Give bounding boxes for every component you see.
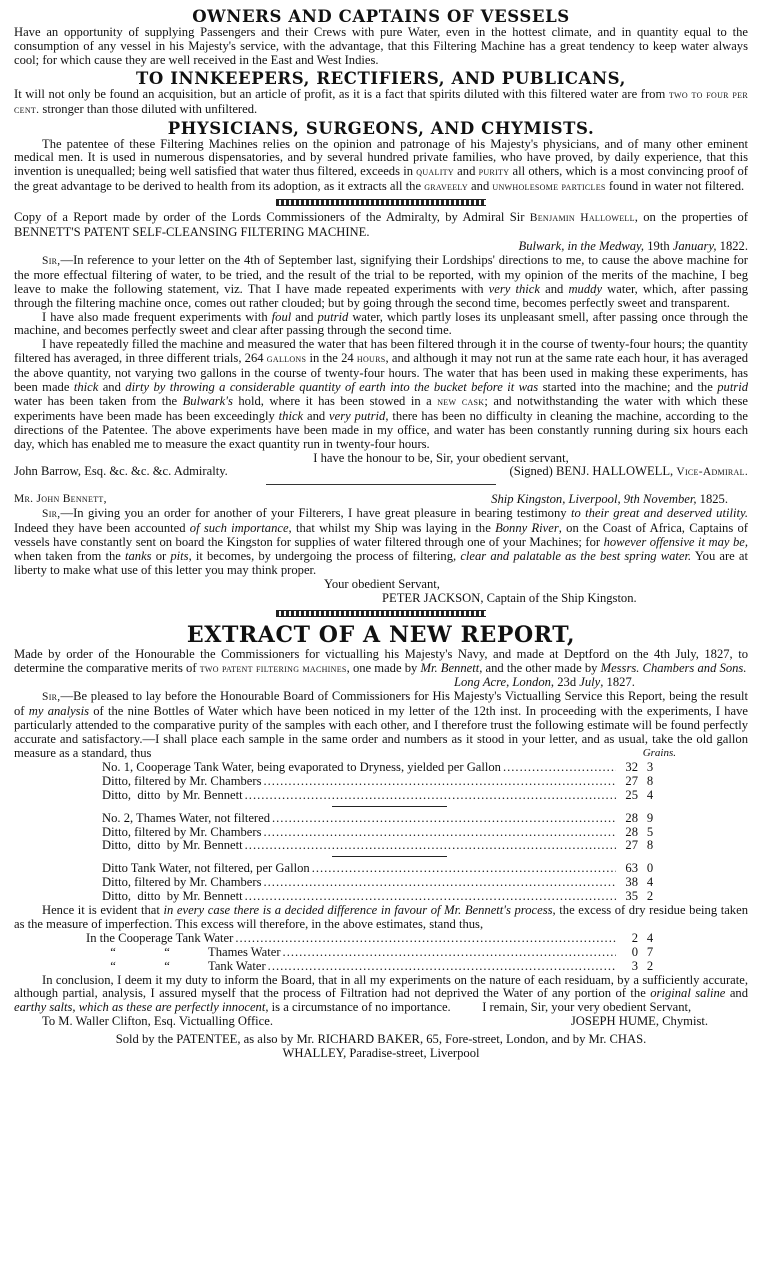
admiralty-signature-row: John Barrow, Esq. &c. &c. &c. Admiralty.…: [14, 465, 748, 480]
row-label: Ditto, ditto by Mr. Bennett: [102, 890, 243, 904]
row-label: Ditto Tank Water, not filtered, per Gall…: [102, 862, 310, 876]
text-italic: in every case there is a decided differe…: [164, 903, 556, 917]
kingston-closing: Your obedient Servant,: [14, 578, 748, 592]
text-italic: my analysis: [29, 704, 89, 718]
text-smallcaps: gallons: [267, 353, 306, 365]
tenths-value: 4: [638, 876, 662, 890]
group-divider: [332, 806, 447, 809]
admiralty-closing: I have the honour to be, Sir, your obedi…: [14, 452, 748, 466]
text: when taken from the: [14, 549, 125, 563]
text-italic: thick: [74, 380, 98, 394]
admiralty-paragraph-1: Sir,—In reference to your letter on the …: [14, 254, 748, 311]
row-label: Ditto, ditto by Mr. Bennett: [102, 839, 243, 853]
table-row: Ditto, ditto by Mr. Bennett254: [102, 789, 662, 803]
table-row: No. 2, Thames Water, not filtered289: [102, 812, 662, 826]
text-smallcaps: quality: [416, 166, 454, 178]
kingston-dateline: Ship Kingston, Liverpool, 9th November, …: [491, 493, 728, 507]
text-italic: to their great and deserved utility.: [571, 506, 748, 520]
grains-value: 38: [616, 876, 638, 890]
text: Hence it is evident that: [42, 903, 164, 917]
tenths-value: 2: [638, 890, 662, 904]
new-report-paragraph-3: In conclusion, I deem it my duty to info…: [14, 974, 748, 1016]
text-italic: Bonny River: [495, 521, 559, 535]
leader-dots: [262, 876, 617, 890]
text-italic: muddy: [568, 282, 602, 296]
ditto-mark: “: [86, 960, 140, 974]
kingston-signature: PETER JACKSON, Captain of the Ship Kings…: [14, 592, 748, 606]
table-row: No. 1, Cooperage Tank Water, being evapo…: [102, 761, 662, 775]
admiralty-dateline: Bulwark, in the Medway, 19th January, 18…: [14, 240, 748, 254]
row-label: ““Thames Water: [86, 946, 281, 960]
text-italic: clear and palatable as the best spring w…: [460, 549, 691, 563]
heading-innkeepers: TO INNKEEPERS, RECTIFIERS, AND PUBLICANS…: [14, 70, 748, 88]
ditto-mark: “: [140, 960, 194, 974]
text-italic: London: [512, 675, 551, 689]
text-italic: Ship Kingston, Liverpool, 9th November,: [491, 492, 696, 506]
excess-table: In the Cooperage Tank Water24 ““Thames W…: [86, 932, 662, 974]
text: water has been taken from the: [14, 394, 183, 408]
row-label: ““Tank Water: [86, 960, 266, 974]
grains-value: 2: [616, 932, 638, 946]
leader-dots: [281, 946, 616, 960]
leader-dots: [270, 812, 616, 826]
text-smallcaps: two patent filtering machines: [200, 663, 347, 675]
text-italic: however offensive it may be,: [604, 535, 748, 549]
text: or: [152, 549, 171, 563]
tenths-value: 9: [638, 812, 662, 826]
text-smallcaps: purity: [479, 166, 510, 178]
footer-line-2: WHALLEY, Paradise-street, Liverpool: [14, 1047, 748, 1061]
text: I have also made frequent experiments wi…: [42, 310, 272, 324]
new-report-closing: I remain, Sir, your very obedient Servan…: [482, 1000, 691, 1014]
new-report-signature: JOSEPH HUME, Chymist.: [571, 1015, 708, 1029]
advertisement-page: OWNERS AND CAPTAINS OF VESSELS Have an o…: [0, 0, 760, 1061]
text: Indeed they have been accounted: [14, 521, 190, 535]
new-report-intro: Made by order of the Honourable the Comm…: [14, 648, 748, 677]
text-italic: Mr. Bennett: [420, 661, 479, 675]
text: Tank Water: [194, 959, 266, 973]
text-italic: putrid: [318, 310, 349, 324]
leader-dots: [262, 826, 617, 840]
tenths-value: 7: [638, 946, 662, 960]
new-report-dateline: Long Acre, London, 23d July, 1827.: [14, 676, 748, 690]
grains-value: 0: [616, 946, 638, 960]
text-italic: pits: [170, 549, 188, 563]
text-italic: Messrs. Chambers and Sons.: [601, 661, 747, 675]
tenths-value: 5: [638, 826, 662, 840]
text-smallcaps: Benjamin Hallowell: [530, 212, 635, 224]
heading-new-report: EXTRACT OF A NEW REPORT,: [14, 623, 748, 648]
text: , it becomes, by undergoing the process …: [189, 549, 461, 563]
text: , that whilst my Ship was laying in the: [289, 521, 496, 535]
text: , 23d: [551, 675, 579, 689]
text: and: [454, 164, 479, 178]
row-label: No. 2, Thames Water, not filtered: [102, 812, 270, 826]
divider: [266, 484, 496, 487]
grains-value: 28: [616, 826, 638, 840]
text: and: [468, 179, 492, 193]
grains-value: 35: [616, 890, 638, 904]
text-italic: July: [579, 675, 600, 689]
grains-value: 27: [616, 775, 638, 789]
leader-dots: [243, 789, 616, 803]
grains-table: No. 1, Cooperage Tank Water, being evapo…: [102, 761, 662, 904]
grains-value: 3: [616, 960, 638, 974]
table-row: Ditto Tank Water, not filtered, per Gall…: [102, 862, 662, 876]
salutation: Sir,: [42, 255, 60, 267]
table-row: Ditto, filtered by Mr. Chambers285: [102, 826, 662, 840]
text: In the Cooperage: [86, 931, 173, 945]
text-italic: Long Acre: [454, 675, 506, 689]
tenths-value: 3: [638, 761, 662, 775]
tenths-value: 2: [638, 960, 662, 974]
heading-owners-captains: OWNERS AND CAPTAINS OF VESSELS: [14, 8, 748, 26]
text-smallcaps: new cask: [437, 396, 484, 408]
text-italic: very putrid: [329, 409, 385, 423]
tenths-value: 4: [638, 932, 662, 946]
text: , 1827.: [600, 675, 635, 689]
admiralty-addressee: John Barrow, Esq. &c. &c. &c. Admiralty.: [14, 465, 228, 480]
kingston-letter-body: Sir,—In giving you an order for another …: [14, 507, 748, 578]
table-row: Ditto, filtered by Mr. Chambers384: [102, 876, 662, 890]
leader-dots: [501, 761, 616, 775]
grains-value: 25: [616, 789, 638, 803]
text: hold, where it has been stowed in a: [233, 394, 437, 408]
text-italic: of such importance: [190, 521, 289, 535]
table-row: ““Thames Water07: [86, 946, 662, 960]
text-italic: putrid: [717, 380, 748, 394]
kingston-addressee: Mr. John Bennett,: [14, 493, 107, 507]
table-row: ““Tank Water32: [86, 960, 662, 974]
innkeepers-body: It will not only be found an acquisition…: [14, 88, 748, 118]
kingston-letter-header: Mr. John Bennett, Ship Kingston, Liverpo…: [14, 493, 748, 507]
footer-line-1: Sold by the PATENTEE, as also by Mr. RIC…: [14, 1033, 748, 1047]
text: started into the machine; and the: [538, 380, 717, 394]
grains-value: 27: [616, 839, 638, 853]
grains-column-label: Grains.: [615, 747, 676, 761]
text: Tank Water: [176, 931, 234, 945]
grains-value: 63: [616, 862, 638, 876]
table-group-1: No. 1, Cooperage Tank Water, being evapo…: [102, 761, 662, 803]
new-report-addressee: To M. Waller Clifton, Esq. Victualling O…: [42, 1015, 273, 1029]
text: and: [540, 282, 568, 296]
leader-dots: [243, 890, 616, 904]
tenths-value: 8: [638, 839, 662, 853]
text: 19th: [644, 239, 673, 253]
table-group-2: No. 2, Thames Water, not filtered289 Dit…: [102, 812, 662, 854]
new-report-paragraph-2: Hence it is evident that in every case t…: [14, 904, 748, 932]
decorative-divider: [276, 610, 486, 617]
text-italic: original saline: [650, 986, 725, 1000]
text-italic: foul: [272, 310, 292, 324]
row-label: No. 1, Cooperage Tank Water, being evapo…: [102, 761, 501, 775]
row-label: Ditto, ditto by Mr. Bennett: [102, 789, 243, 803]
leader-dots: [266, 960, 616, 974]
tenths-value: 8: [638, 775, 662, 789]
row-label: Ditto, filtered by Mr. Chambers: [102, 775, 262, 789]
admiralty-paragraph-2: I have also made frequent experiments wi…: [14, 311, 748, 339]
leader-dots: [310, 862, 616, 876]
row-label: Ditto, filtered by Mr. Chambers: [102, 876, 262, 890]
table-row: Ditto, filtered by Mr. Chambers278: [102, 775, 662, 789]
admiralty-signature: (Signed) BENJ. HALLOWELL, Vice-Admiral.: [510, 465, 749, 480]
text: 1825.: [697, 492, 728, 506]
table-group-3: Ditto Tank Water, not filtered, per Gall…: [102, 862, 662, 904]
group-divider: [332, 856, 447, 859]
text-italic: dirty by throwing a considerable quantit…: [125, 380, 538, 394]
text: in the 24: [306, 351, 357, 365]
text: , and the other made by: [479, 661, 600, 675]
text-italic: Bulwark, in the Medway,: [519, 239, 645, 253]
leader-dots: [233, 932, 616, 946]
text: Thames Water: [194, 945, 281, 959]
admiralty-paragraph-3: I have repeatedly filled the machine and…: [14, 338, 748, 451]
text: and: [725, 986, 748, 1000]
text-smallcaps: unwholesome particles: [492, 181, 605, 193]
text-italic: January,: [673, 239, 717, 253]
text: —In giving you an order for another of y…: [60, 506, 570, 520]
text: , one made by: [347, 661, 421, 675]
text: , is a circumstance of no importance.: [265, 1000, 450, 1014]
row-label: Ditto, filtered by Mr. Chambers: [102, 826, 262, 840]
row-label: In the Cooperage Tank Water: [86, 932, 233, 946]
text: found in water not filtered.: [606, 179, 745, 193]
table-row: Ditto, ditto by Mr. Bennett352: [102, 890, 662, 904]
owners-body: Have an opportunity of supplying Passeng…: [14, 26, 748, 68]
ditto-mark: “: [140, 946, 194, 960]
text: stronger than those diluted with unfilte…: [39, 102, 257, 116]
text: It will not only be found an acquisition…: [14, 87, 669, 101]
grains-value: 32: [616, 761, 638, 775]
text-italic: tanks: [125, 549, 152, 563]
text-italic: earthy salts, which as these are perfect…: [14, 1000, 265, 1014]
text: and: [291, 310, 317, 324]
table-row: In the Cooperage Tank Water24: [86, 932, 662, 946]
ditto-mark: “: [86, 946, 140, 960]
salutation: Sir,: [42, 508, 60, 520]
table-row: Ditto, ditto by Mr. Bennett278: [102, 839, 662, 853]
new-report-signature-row: To M. Waller Clifton, Esq. Victualling O…: [14, 1015, 748, 1029]
leader-dots: [243, 839, 616, 853]
leader-dots: [262, 775, 617, 789]
salutation: Sir,: [42, 691, 60, 703]
new-report-paragraph-1: Sir,—Be pleased to lay before the Honour…: [14, 690, 748, 761]
text: and: [98, 380, 125, 394]
text: and: [303, 409, 329, 423]
admiralty-report-intro: Copy of a Report made by order of the Lo…: [14, 211, 748, 240]
tenths-value: 0: [638, 862, 662, 876]
tenths-value: 4: [638, 789, 662, 803]
text-italic: very thick: [489, 282, 540, 296]
text: Copy of a Report made by order of the Lo…: [14, 210, 530, 224]
grains-value: 28: [616, 812, 638, 826]
heading-physicians: PHYSICIANS, SURGEONS, AND CHYMISTS.: [14, 120, 748, 138]
physicians-body: The patentee of these Filtering Machines…: [14, 138, 748, 196]
text-italic: thick: [279, 409, 303, 423]
text: (Signed) BENJ. HALLOWELL,: [510, 464, 677, 478]
text-smallcaps: graveely: [424, 181, 468, 193]
text-smallcaps: Vice-Admiral.: [676, 466, 748, 478]
decorative-divider: [276, 199, 486, 206]
text-italic: Bulwark's: [183, 394, 233, 408]
text-smallcaps: hours: [357, 353, 386, 365]
text: 1822.: [717, 239, 748, 253]
text: In conclusion, I deem it my duty to info…: [14, 973, 748, 1001]
